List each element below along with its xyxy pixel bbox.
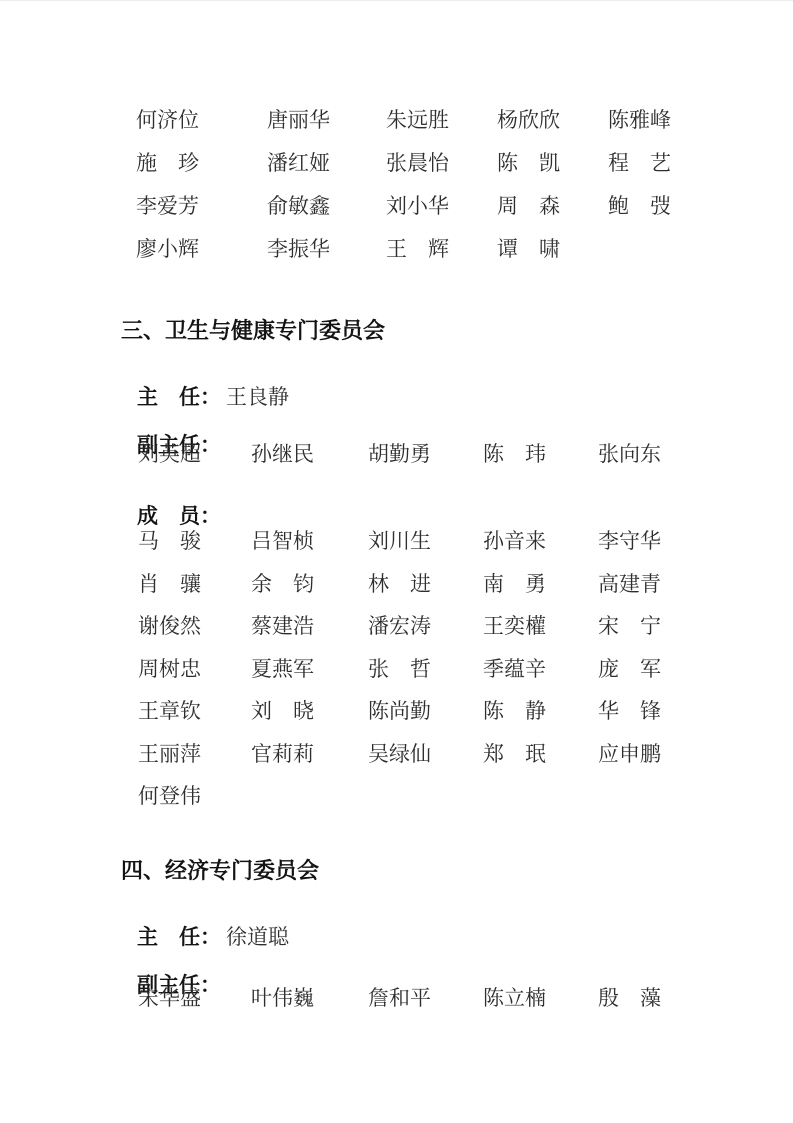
member-name: 谢俊然 [138, 610, 251, 640]
member-name: 张 哲 [368, 653, 483, 683]
member-name: 何登伟 [138, 780, 251, 810]
member-name: 潘红娅 [267, 147, 386, 177]
name-row: 王章钦 刘 晓 陈尚勤 陈 静 华 锋 [138, 695, 688, 725]
director-name: 徐道聪 [226, 925, 289, 949]
member-name: 宋 宁 [598, 610, 688, 640]
member-name: 夏燕军 [251, 653, 368, 683]
member-name: 陈 静 [483, 695, 598, 725]
section-heading: 三、卫生与健康专门委员会 [121, 314, 385, 345]
name-row: 马 骏 吕智桢 刘川生 孙音来 李守华 [138, 525, 688, 555]
member-name: 华 锋 [598, 695, 688, 725]
member-name: 余 钧 [251, 568, 368, 598]
deputy-name: 陈 玮 [483, 438, 598, 468]
deputy-name: 陈立楠 [483, 982, 598, 1012]
name-row: 肖 骧 余 钧 林 进 南 勇 高建青 [138, 568, 688, 598]
deputy-name: 殷 藻 [598, 982, 688, 1012]
member-name: 吕智桢 [251, 525, 368, 555]
member-name: 郑 珉 [483, 738, 598, 768]
deputy-name: 宋华盛 [138, 982, 251, 1012]
section-heading: 四、经济专门委员会 [121, 854, 319, 885]
member-name: 杨欣欣 [497, 104, 608, 134]
deputy-name: 詹和平 [368, 982, 483, 1012]
member-name: 俞敏鑫 [267, 190, 386, 220]
member-name: 李守华 [598, 525, 688, 555]
deputy-name: 胡勤勇 [368, 438, 483, 468]
member-name: 林 进 [368, 568, 483, 598]
member-name: 马 骏 [138, 525, 251, 555]
deputy-name: 张向东 [598, 438, 688, 468]
member-name: 王 辉 [386, 233, 497, 263]
director-label: 主 任： [137, 926, 221, 949]
name-row: 李爱芳 俞敏鑫 刘小华 周 森 鲍 弢 [136, 190, 698, 220]
director-label: 主 任： [137, 386, 221, 409]
member-name: 程 艺 [608, 147, 698, 177]
member-name: 潘宏涛 [368, 610, 483, 640]
member-name: 王奕權 [483, 610, 598, 640]
member-name: 周树忠 [138, 653, 251, 683]
member-name: 南 勇 [483, 568, 598, 598]
member-name: 何济位 [136, 104, 267, 134]
director-name: 王良静 [226, 385, 289, 409]
name-row: 谢俊然 蔡建浩 潘宏涛 王奕權 宋 宁 [138, 610, 688, 640]
member-name: 王章钦 [138, 695, 251, 725]
name-row: 何济位 唐丽华 朱远胜 杨欣欣 陈雅峰 [136, 104, 698, 134]
member-name: 王丽萍 [138, 738, 251, 768]
member-name: 陈尚勤 [368, 695, 483, 725]
name-row: 周树忠 夏燕军 张 哲 季蕴辛 庞 军 [138, 653, 688, 683]
deputy-name: 孙继民 [251, 438, 368, 468]
deputy-name: 叶伟巍 [251, 982, 368, 1012]
member-name: 应申鹏 [598, 738, 688, 768]
member-name: 李振华 [267, 233, 386, 263]
member-name: 刘 晓 [251, 695, 368, 725]
member-name: 陈雅峰 [608, 104, 698, 134]
member-name: 刘小华 [386, 190, 497, 220]
member-name: 孙音来 [483, 525, 598, 555]
member-name: 官莉莉 [251, 738, 368, 768]
document-page: 何济位 唐丽华 朱远胜 杨欣欣 陈雅峰 施 珍 潘红娅 张晨怡 陈 凯 程 艺 … [0, 0, 793, 1123]
deputy-name: 刘英超 [138, 438, 251, 468]
member-name: 刘川生 [368, 525, 483, 555]
member-name: 唐丽华 [267, 104, 386, 134]
member-name: 陈 凯 [497, 147, 608, 177]
name-row: 廖小辉 李振华 王 辉 谭 啸 [136, 233, 698, 263]
member-name: 吴绿仙 [368, 738, 483, 768]
member-name: 高建青 [598, 568, 688, 598]
name-row: 刘英超 孙继民 胡勤勇 陈 玮 张向东 [138, 438, 688, 468]
name-row: 施 珍 潘红娅 张晨怡 陈 凯 程 艺 [136, 147, 698, 177]
member-name: 李爱芳 [136, 190, 267, 220]
name-row: 何登伟 [138, 780, 688, 810]
member-name: 肖 骧 [138, 568, 251, 598]
member-name: 庞 军 [598, 653, 688, 683]
member-name: 施 珍 [136, 147, 267, 177]
name-row: 宋华盛 叶伟巍 詹和平 陈立楠 殷 藻 [138, 982, 688, 1012]
member-name: 谭 啸 [497, 233, 608, 263]
member-name: 周 森 [497, 190, 608, 220]
member-name: 鲍 弢 [608, 190, 698, 220]
member-name: 张晨怡 [386, 147, 497, 177]
member-name: 朱远胜 [386, 104, 497, 134]
name-row: 王丽萍 官莉莉 吴绿仙 郑 珉 应申鹏 [138, 738, 688, 768]
member-name: 蔡建浩 [251, 610, 368, 640]
member-name: 季蕴辛 [483, 653, 598, 683]
member-name: 廖小辉 [136, 233, 267, 263]
